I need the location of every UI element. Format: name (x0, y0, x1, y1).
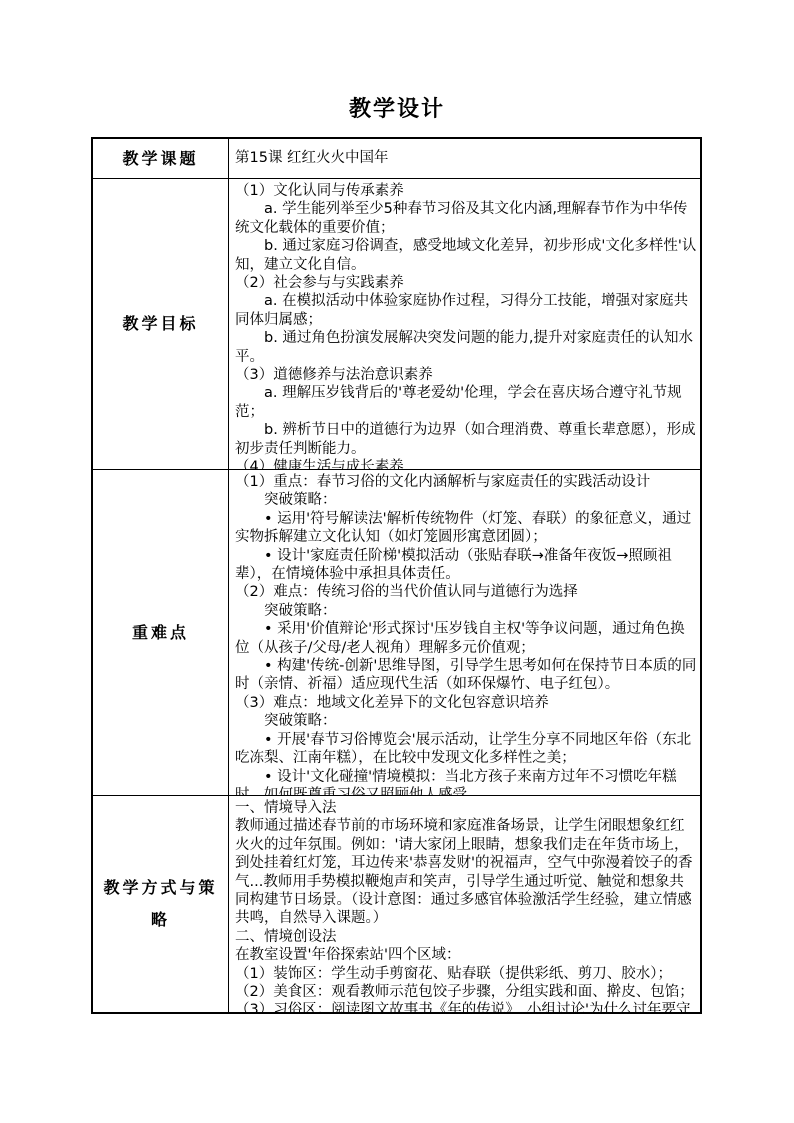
paragraph: • 设计'家庭责任阶梯'模拟活动（张贴春联→准备年夜饭→照顾祖辈），在情境体验中… (235, 547, 697, 584)
table-row: 重难点（1）重点：春节习俗的文化内涵解析与家庭责任的实践活动设计突破策略：• 运… (93, 469, 700, 795)
document-title: 教学设计 (0, 92, 794, 123)
paragraph: 在教室设置'年俗探索站'四个区域： (235, 946, 697, 964)
paragraph: b. 通过角色扮演发展解决突发问题的能力,提升对家庭责任的认知水平。 (235, 329, 697, 366)
paragraph: b. 通过家庭习俗调查，感受地域文化差异，初步形成'文化多样性'认知，建立文化自… (235, 237, 697, 274)
row-content: （1）重点：春节习俗的文化内涵解析与家庭责任的实践活动设计突破策略：• 运用'符… (229, 470, 700, 795)
row-header: 重难点 (93, 470, 229, 795)
paragraph: （1）文化认同与传承素养 (235, 182, 697, 200)
row-content: 一、情境导入法教师通过描述春节前的市场环境和家庭准备场景，让学生闭眼想象红红火火… (229, 796, 700, 1012)
paragraph: 二、情境创设法 (235, 928, 697, 946)
row-content: （1）文化认同与传承素养a. 学生能列举至少5种春节习俗及其文化内涵,理解春节作… (229, 179, 700, 469)
paragraph: （2）难点：传统习俗的当代价值认同与道德行为选择 (235, 583, 697, 601)
paragraph: a. 理解压岁钱背后的'尊老爱幼'伦理，学会在喜庆场合遵守礼节规范； (235, 384, 697, 421)
paragraph: （1）装饰区：学生动手剪窗花、贴春联（提供彩纸、剪刀、胶水）； (235, 965, 697, 983)
paragraph: 第15课 红红火火中国年 (235, 149, 389, 167)
paragraph: • 开展'春节习俗博览会'展示活动，让学生分享不同地区年俗（东北吃冻梨、江南年糕… (235, 731, 697, 768)
paragraph: 教师通过描述春节前的市场环境和家庭准备场景，让学生闭眼想象红红火火的过年氛围。例… (235, 817, 697, 927)
row-content: 第15课 红红火火中国年 (229, 139, 700, 178)
row-header: 教学方式与策略 (93, 796, 229, 1012)
table-row: 教学目标（1）文化认同与传承素养a. 学生能列举至少5种春节习俗及其文化内涵,理… (93, 178, 700, 469)
paragraph: • 设计'文化碰撞'情境模拟：当北方孩子来南方过年不习惯吃年糕时，如何既尊重习俗… (235, 768, 697, 796)
paragraph: 突破策略： (235, 491, 697, 509)
paragraph: b. 辨析节日中的道德行为边界（如合理消费、尊重长辈意愿），形成初步责任判断能力… (235, 421, 697, 458)
paragraph: a. 学生能列举至少5种春节习俗及其文化内涵,理解春节作为中华传统文化载体的重要… (235, 200, 697, 237)
table-row: 教学方式与策略一、情境导入法教师通过描述春节前的市场环境和家庭准备场景，让学生闭… (93, 795, 700, 1012)
paragraph: 一、情境导入法 (235, 799, 697, 817)
document-page: 教学设计 教学课题第15课 红红火火中国年教学目标（1）文化认同与传承素养a. … (0, 0, 794, 1123)
paragraph: 突破策略： (235, 602, 697, 620)
paragraph: a. 在模拟活动中体验家庭协作过程，习得分工技能，增强对家庭共同体归属感； (235, 292, 697, 329)
row-header: 教学课题 (93, 139, 229, 178)
paragraph: 突破策略： (235, 712, 697, 730)
paragraph: （4）健康生活与成长素养 (235, 458, 697, 469)
paragraph: （3）道德修养与法治意识素养 (235, 366, 697, 384)
paragraph: （1）重点：春节习俗的文化内涵解析与家庭责任的实践活动设计 (235, 473, 697, 491)
paragraph: （3）难点：地域文化差异下的文化包容意识培养 (235, 694, 697, 712)
paragraph: • 构建'传统-创新'思维导图，引导学生思考如何在保持节日本质的同时（亲情、祈福… (235, 657, 697, 694)
paragraph: （3）习俗区：阅读图文故事书《年的传说》，小组讨论'为什么过年要守岁 (235, 1001, 697, 1012)
paragraph: （2）美食区：观看教师示范包饺子步骤，分组实践和面、擀皮、包馅； (235, 983, 697, 1001)
paragraph: （2）社会参与与实践素养 (235, 274, 697, 292)
row-header: 教学目标 (93, 179, 229, 469)
lesson-plan-table: 教学课题第15课 红红火火中国年教学目标（1）文化认同与传承素养a. 学生能列举… (91, 137, 702, 1014)
paragraph: • 运用'符号解读法'解析传统物件（灯笼、春联）的象征意义，通过实物拆解建立文化… (235, 510, 697, 547)
paragraph: • 采用'价值辩论'形式探讨'压岁钱自主权'等争议问题，通过角色换位（从孩子/父… (235, 620, 697, 657)
table-row: 教学课题第15课 红红火火中国年 (93, 139, 700, 178)
